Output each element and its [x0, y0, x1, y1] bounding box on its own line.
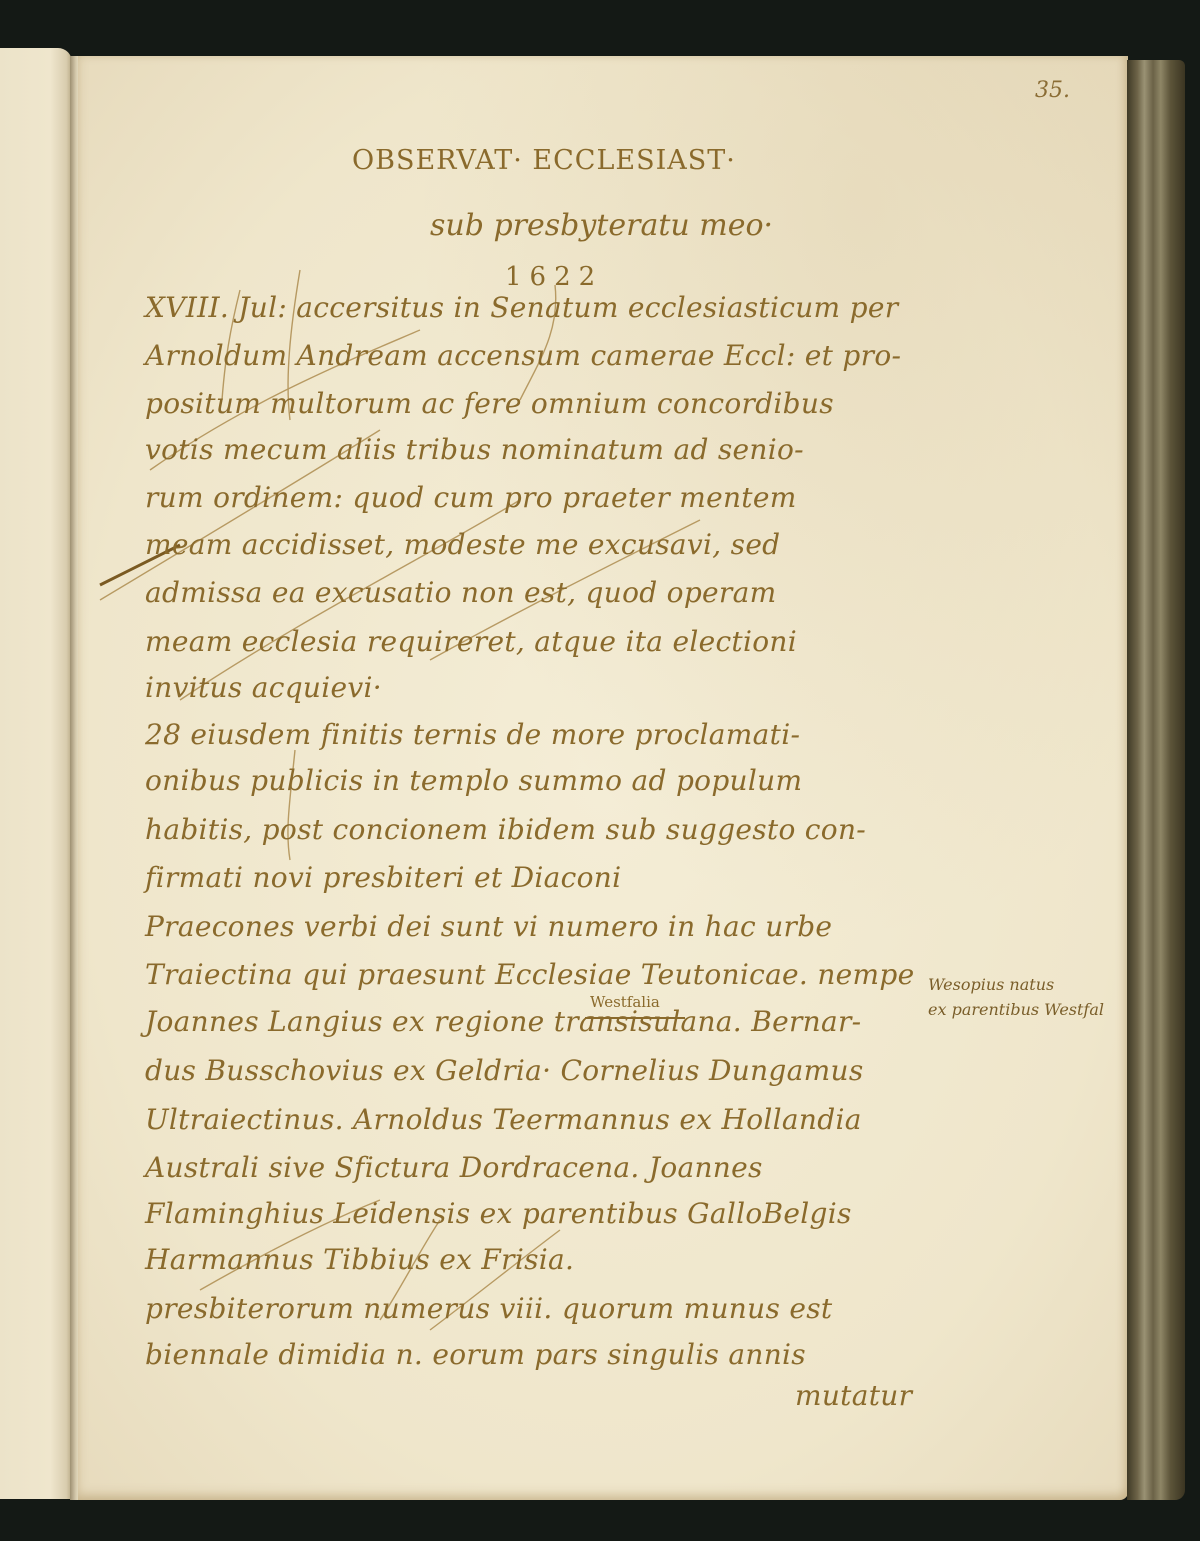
text-line: votis mecum aliis tribus nominatum ad se… [145, 433, 804, 466]
heading-title: OBSERVAT· ECCLESIAST· [352, 145, 736, 176]
text-line: habitis, post concionem ibidem sub sugge… [145, 813, 866, 846]
text-line: Praecones verbi dei sunt vi numero in ha… [145, 910, 832, 943]
facing-page-edge [0, 48, 72, 1499]
text-line: 28 eiusdem finitis ternis de more procla… [145, 718, 800, 751]
text-line: meam accidisset, modeste me excusavi, se… [145, 528, 780, 561]
margin-note-line-2: ex parentibus Westfal [928, 1000, 1104, 1019]
text-line: Harmannus Tibbius ex Frisia. [145, 1243, 574, 1276]
folio-number: 35. [1035, 78, 1070, 103]
text-line: Arnoldum Andream accensum camerae Eccl: … [145, 339, 901, 372]
book-fore-edge [1127, 60, 1185, 1500]
text-line: Joannes Langius ex regione transisulana.… [145, 1005, 861, 1038]
text-line: biennale dimidia n. eorum pars singulis … [145, 1338, 806, 1371]
text-line: Australi sive Sfictura Dordracena. Joann… [145, 1151, 763, 1184]
margin-note-line-1: Wesopius natus [928, 975, 1054, 994]
text-line: Ultraiectinus. Arnoldus Teermannus ex Ho… [145, 1103, 862, 1136]
text-line: dus Busschovius ex Geldria· Cornelius Du… [145, 1054, 864, 1087]
text-line: invitus acquievi· [145, 671, 382, 704]
text-line: firmati novi presbiteri et Diaconi [145, 861, 621, 894]
text-line-final: mutatur [795, 1379, 912, 1412]
text-line: meam ecclesia requireret, atque ita elec… [145, 625, 797, 658]
text-line: Flaminghius Leidensis ex parentibus Gall… [145, 1197, 852, 1230]
text-line: presbiterorum numerus viii. quorum munus… [145, 1292, 832, 1325]
text-line: rum ordinem: quod cum pro praeter mentem [145, 481, 797, 514]
text-line: onibus publicis in templo summo ad popul… [145, 764, 802, 797]
text-line: admissa ea excusatio non est, quod opera… [145, 576, 776, 609]
heading-year: 1622 [505, 262, 603, 292]
text-line: Traiectina qui praesunt Ecclesiae Teuton… [145, 958, 914, 991]
text-line: positum multorum ac fere omnium concordi… [145, 387, 834, 420]
heading-subtitle: sub presbyteratu meo· [430, 208, 773, 243]
text-line: XVIII. Jul: accersitus in Senatum eccles… [145, 291, 898, 324]
interlinear-insertion: Westfalia [590, 993, 660, 1011]
